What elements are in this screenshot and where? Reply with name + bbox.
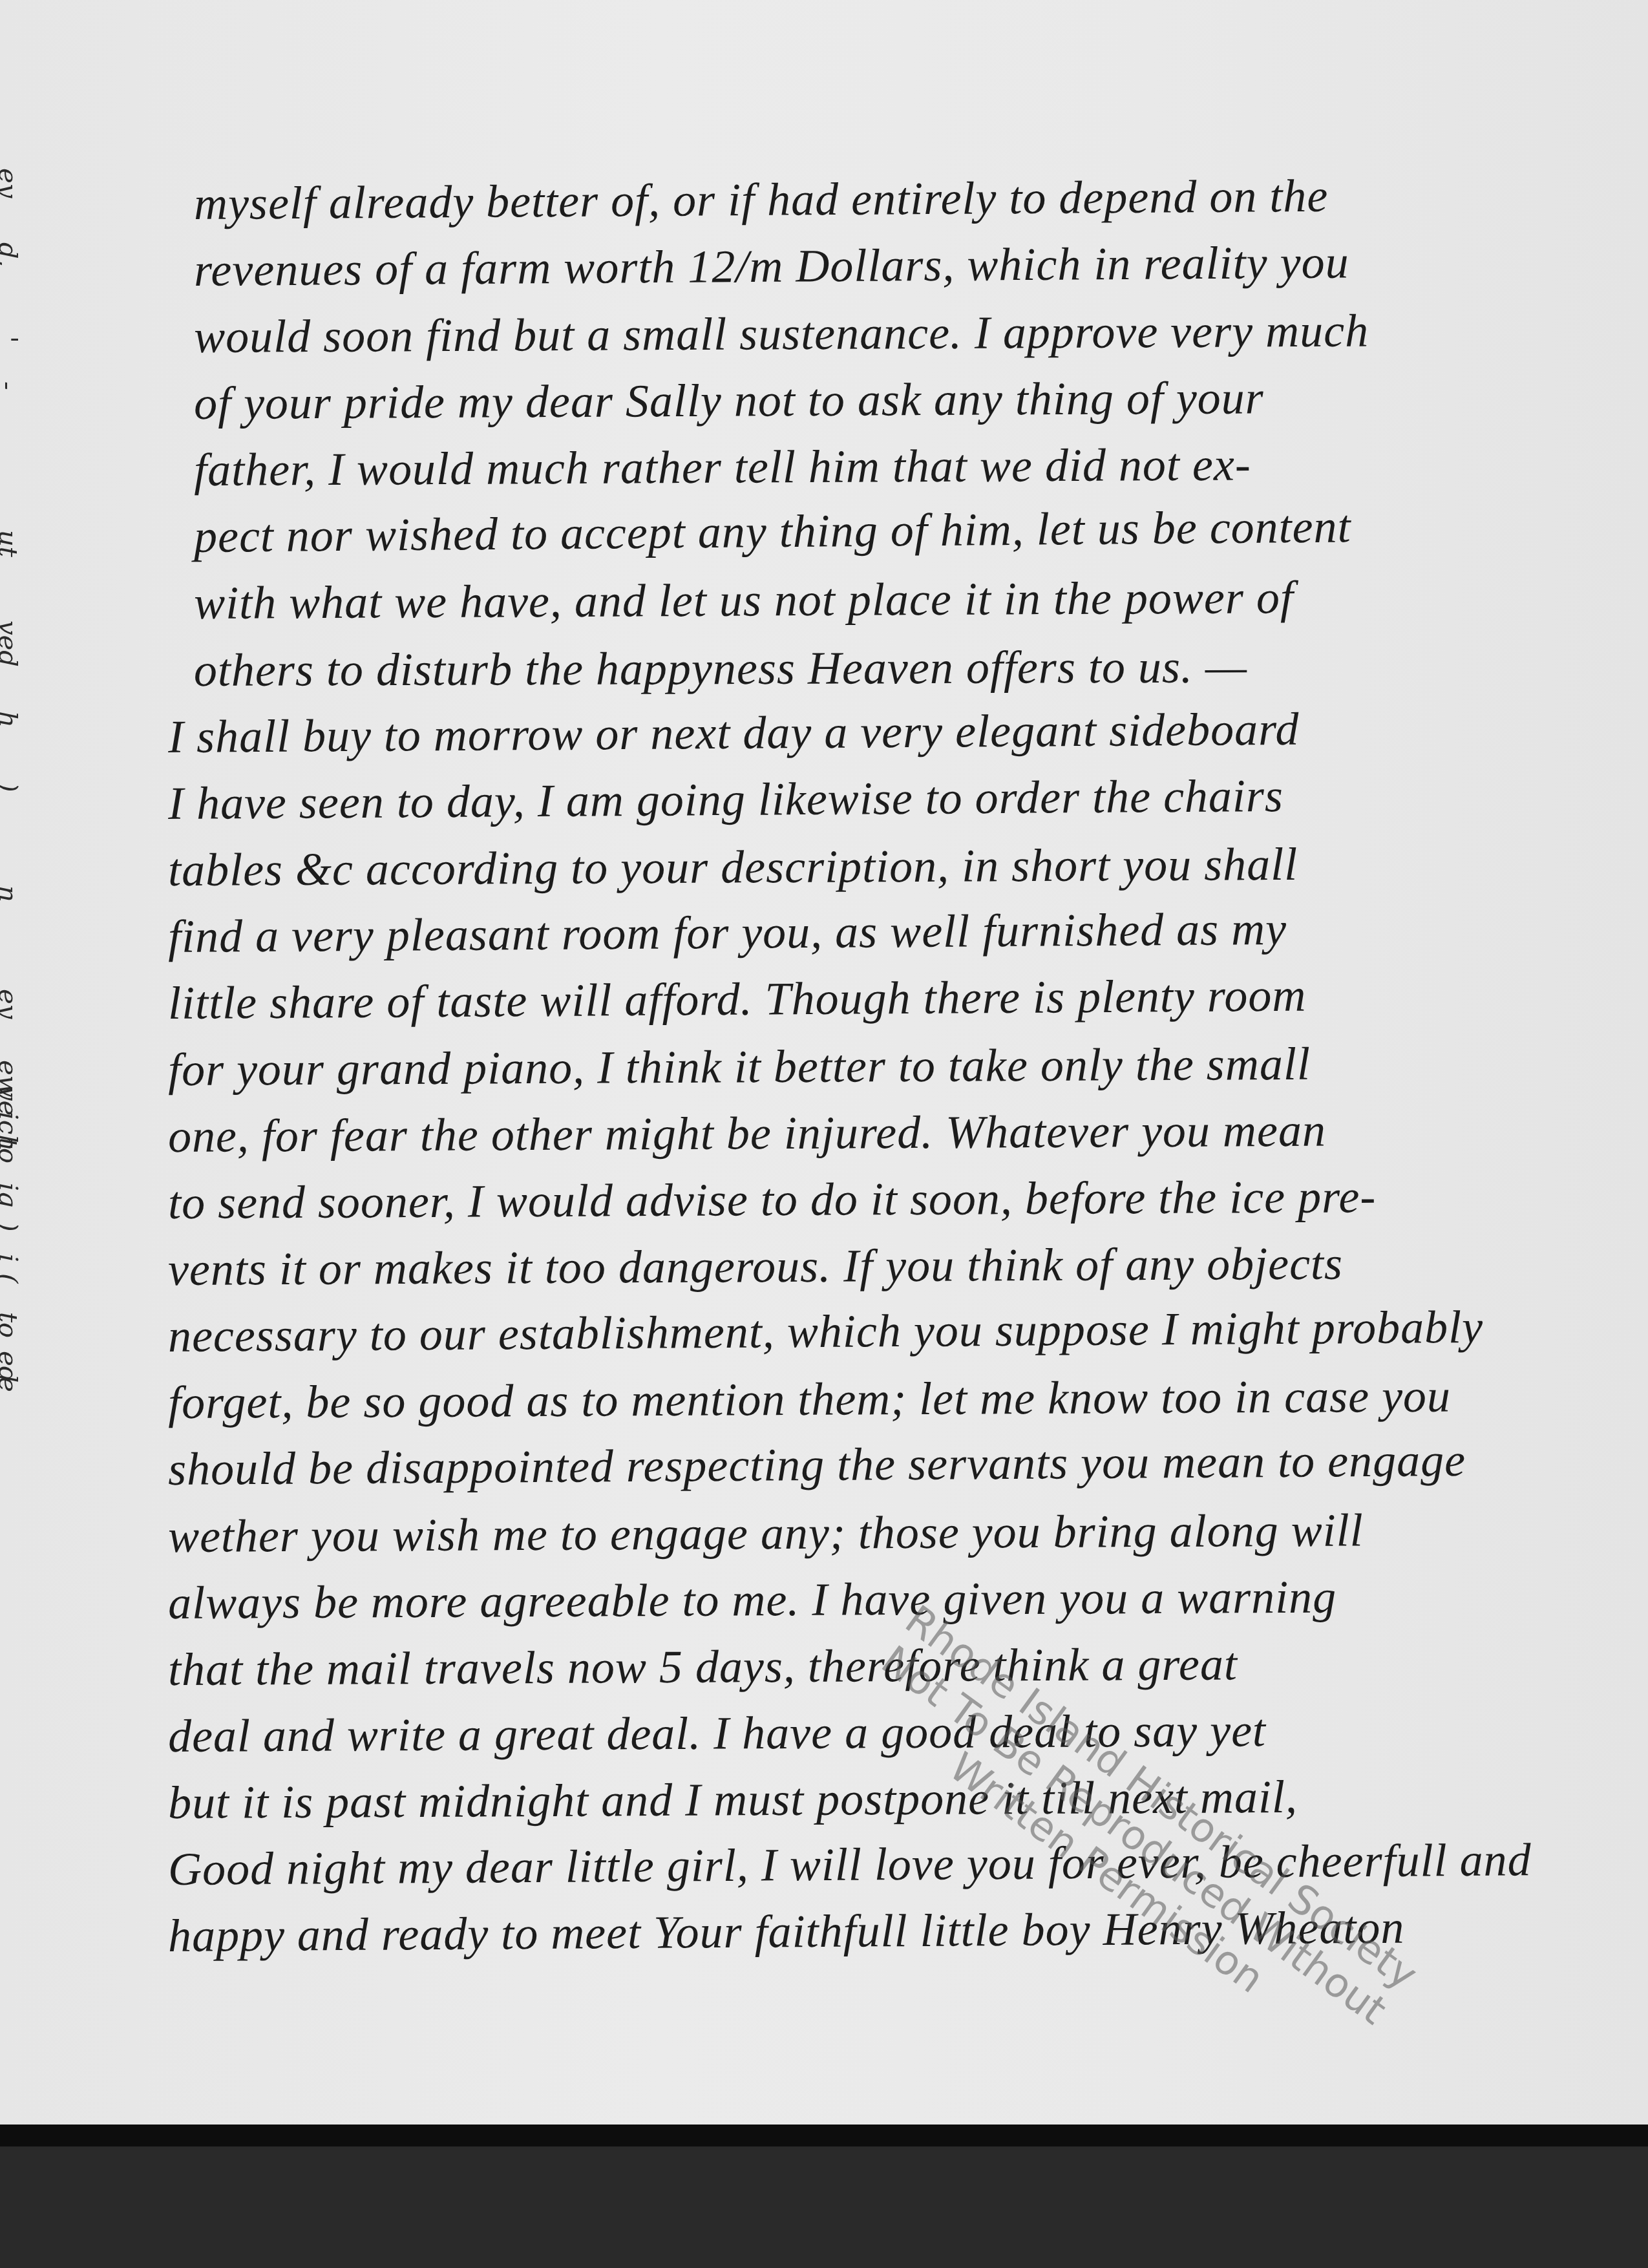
- letter-line: always be more agreeable to me. I have g…: [168, 1567, 1538, 1632]
- letter-line: revenues of a farm worth 12/m Dollars, w…: [194, 231, 1565, 299]
- letter-line: father, I would much rather tell him tha…: [194, 434, 1564, 499]
- letter-line: pect nor wished to accept any thing of h…: [194, 496, 1565, 566]
- letter-line: myself already better of, or if had enti…: [194, 165, 1565, 233]
- letter-line: but it is past midnight and I must postp…: [168, 1766, 1538, 1832]
- letter-line: vents it or makes it too dangerous. If y…: [168, 1233, 1538, 1298]
- scanner-background: [0, 2146, 1648, 2268]
- letter-line: tables &c according to your description,…: [168, 834, 1538, 899]
- letter-line: that the mail travels now 5 days, theref…: [168, 1633, 1538, 1699]
- letter-line: little share of taste will afford. Thoug…: [168, 964, 1539, 1032]
- letter-line: with what we have, and let us not place …: [194, 567, 1564, 632]
- letter-line: for your grand piano, I think it better …: [168, 1033, 1538, 1099]
- letter-line: Good night my dear little girl, I will l…: [168, 1830, 1539, 1898]
- letter-line: of your pride my dear Sally not to ask a…: [194, 367, 1564, 432]
- letter-line: others to disturb the happyness Heaven o…: [194, 636, 1564, 699]
- letter-line: forget, be so good as to mention them; l…: [168, 1366, 1538, 1432]
- letter-line: I have seen to day, I am going likewise …: [168, 765, 1539, 832]
- letter-line: happy and ready to meet Your faithfull l…: [168, 1897, 1539, 1965]
- letter-line: should be disappointed respecting the se…: [168, 1431, 1539, 1499]
- letter-line: find a very pleasant room for you, as we…: [168, 898, 1539, 966]
- letter-line: wether you wish me to engage any; those …: [168, 1500, 1538, 1565]
- scanner-edge: [0, 2125, 1648, 2146]
- letter-line: to send sooner, I would advise to do it …: [168, 1167, 1538, 1232]
- letter-line: deal and write a great deal. I have a go…: [168, 1700, 1538, 1765]
- letter-line: necessary to our establishment, which yo…: [168, 1297, 1539, 1365]
- letter-line: I shall buy to morrow or next day a very…: [168, 698, 1539, 766]
- letter-body: myself already better of, or if had enti…: [0, 0, 1648, 2125]
- letter-line: one, for fear the other might be injured…: [168, 1100, 1538, 1165]
- letter-line: would soon find but a small sustenance. …: [194, 301, 1564, 366]
